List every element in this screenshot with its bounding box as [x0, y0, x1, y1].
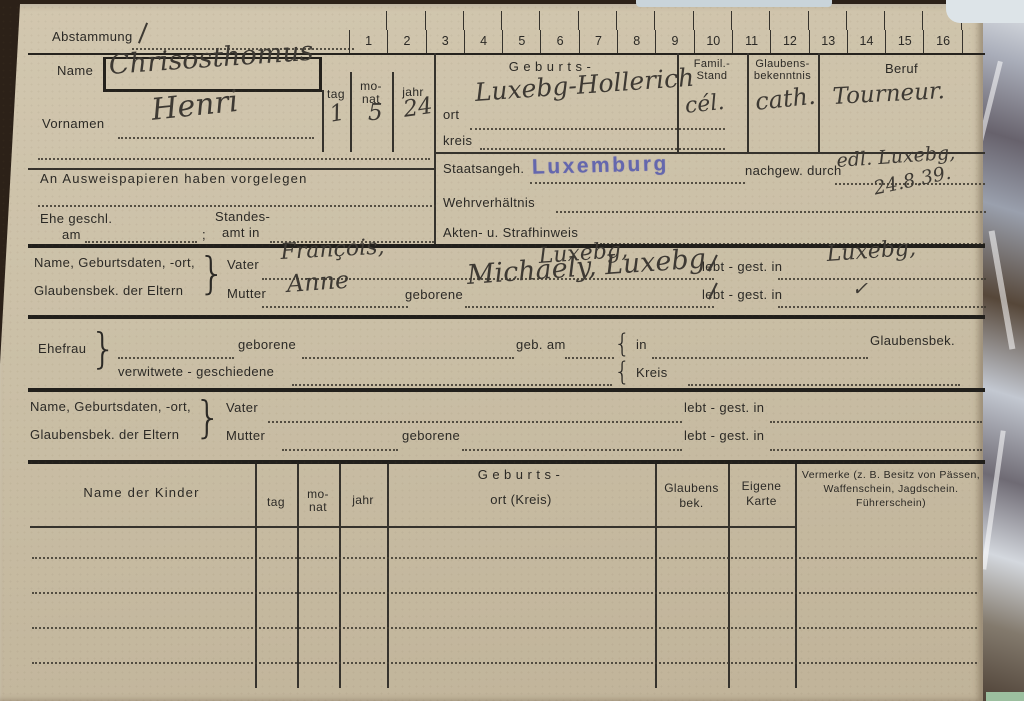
children-monat-col-header-2: nat: [297, 501, 339, 514]
photo-background: Abstammung 1 2 3 4 5 6 7 8 9 10 11 12 13…: [0, 0, 1024, 701]
index-number: 11: [733, 30, 771, 53]
children-ort-kreis-header: ort (Kreis): [387, 493, 655, 507]
lebt-gest-label-4: lebt - gest. in: [684, 429, 764, 443]
parents2-label-1: Name, Geburtsdaten, -ort,: [30, 400, 191, 414]
dotted-line: [118, 125, 314, 139]
dotted-line: [268, 409, 682, 423]
dotted-line: [480, 136, 725, 150]
vermerke-header-line-3: Führerschein): [800, 498, 982, 510]
ehefrau-brace: }: [90, 326, 117, 372]
kreis-label: kreis: [443, 134, 472, 148]
index-number: 12: [771, 30, 809, 53]
card-content: Abstammung 1 2 3 4 5 6 7 8 9 10 11 12 13…: [12, 4, 983, 701]
dotted-line: [462, 437, 682, 451]
ehefrau-geborene-label: geborene: [238, 338, 296, 352]
children-eigene-header-2: Karte: [728, 495, 795, 508]
index-ticks: [349, 11, 962, 30]
tick: [770, 11, 808, 30]
dotted-line: [530, 170, 745, 184]
jahr-value-handwritten: 24: [402, 95, 434, 122]
tick: [349, 11, 387, 30]
tick: [579, 11, 617, 30]
vermerke-header-line-2: Waffenschein, Jagdschein.: [800, 484, 982, 496]
glaubensbek-label: Glaubensbek.: [870, 334, 955, 348]
nachgew-date-handwritten: 24.8.39.: [872, 164, 953, 199]
dotted-line: [282, 437, 398, 451]
dotted-line: [565, 345, 614, 359]
mutter-name-handwritten: Anne: [286, 268, 350, 296]
glaubens-value-handwritten: cath.: [754, 84, 817, 114]
vater-lebt-place-handwritten: Luxebg,: [826, 238, 917, 266]
table-row-line: [32, 615, 977, 629]
index-number: 16: [924, 30, 962, 53]
beruf-value-handwritten: Tourneur.: [832, 80, 945, 109]
mutter-lebt-mark-handwritten: ✓: [852, 280, 868, 299]
tick: [464, 11, 502, 30]
dotted-line: [778, 266, 986, 280]
index-number: 8: [618, 30, 656, 53]
tick: [885, 11, 923, 30]
table-header-underline: [30, 526, 795, 528]
dotted-line: [652, 345, 868, 359]
dotted-line: [778, 294, 986, 308]
ort-label: ort: [443, 108, 459, 122]
tick: [732, 11, 770, 30]
index-number: 6: [541, 30, 579, 53]
ehe-geschl-label: Ehe geschl.: [40, 212, 112, 226]
dotted-line: [292, 372, 612, 386]
dotted-line: [302, 345, 514, 359]
tick: [502, 11, 540, 30]
index-number: 9: [656, 30, 694, 53]
dotted-line: [770, 409, 982, 423]
vermerke-header-line-1: Vermerke (z. B. Besitz von Pässen,: [800, 470, 982, 482]
geb-am-label: geb. am: [516, 338, 566, 352]
tick: [694, 11, 732, 30]
index-number-row: 1 2 3 4 5 6 7 8 9 10 11 12 13 14 15 16: [349, 30, 963, 53]
children-tag-col-header: tag: [255, 496, 297, 509]
children-name-col-header: Name der Kinder: [28, 486, 255, 500]
tick: [809, 11, 847, 30]
table-row-line: [32, 545, 977, 559]
dotted-line: [688, 372, 960, 386]
standesamt-label-2: amt in: [222, 226, 260, 240]
dotted-line: [38, 146, 430, 160]
familstand-label-2: Stand: [677, 70, 747, 82]
dotted-line: [262, 294, 408, 308]
index-number: 3: [427, 30, 465, 53]
index-number: 5: [503, 30, 541, 53]
index-number: 10: [695, 30, 733, 53]
table-row-line: [32, 650, 977, 664]
tick: [540, 11, 578, 30]
vater2-label: Vater: [226, 401, 258, 415]
dotted-line: [770, 437, 982, 451]
index-number: 15: [886, 30, 924, 53]
name-label: Name: [57, 64, 93, 78]
parents1-brace: }: [198, 250, 226, 298]
tag-label: tag: [322, 88, 350, 101]
section-rule: [28, 388, 985, 392]
vater-name-handwritten: François,: [280, 237, 385, 264]
ehefrau-left-brace-1: {: [614, 330, 631, 359]
background-light-patch: [636, 0, 832, 7]
tick: [387, 11, 425, 30]
parents2-brace: }: [194, 394, 222, 442]
am-label: am: [62, 228, 81, 242]
ehefrau-left-brace-2: {: [614, 358, 631, 387]
dotted-line: [85, 229, 197, 243]
tick: [426, 11, 464, 30]
beruf-label: Beruf: [818, 62, 985, 76]
tick: [617, 11, 655, 30]
dotted-line: [38, 193, 436, 207]
familstand-value-handwritten: cél.: [684, 92, 725, 118]
verwitwete-label: verwitwete - geschiedene: [118, 365, 274, 379]
lebt-gest-label-3: lebt - gest. in: [684, 401, 764, 415]
index-number: 13: [810, 30, 848, 53]
index-number: 14: [848, 30, 886, 53]
geborene-label-2: geborene: [402, 429, 460, 443]
parents1-label-1: Name, Geburtsdaten, -ort,: [34, 256, 195, 270]
index-number: 7: [580, 30, 618, 53]
mutter-maiden-handwritten: Michaely, Luxebg,: [466, 245, 715, 289]
plastic-highlight: [989, 230, 1016, 349]
dotted-line: [600, 231, 985, 245]
dotted-line: [118, 345, 234, 359]
background-light-patch: [946, 0, 1024, 23]
wehrverhaeltnis-label: Wehrverhältnis: [443, 196, 535, 210]
index-number: 2: [388, 30, 426, 53]
separator-semicolon: ;: [202, 228, 206, 242]
standesamt-label-1: Standes-: [215, 210, 270, 224]
plastic-highlight: [981, 430, 1005, 569]
vornamen-value-handwritten: Henri: [150, 87, 240, 126]
background-green-sliver: [986, 692, 1024, 701]
children-jahr-col-header: jahr: [339, 494, 387, 507]
children-geburts-header: Geburts-: [387, 468, 655, 482]
monat-value-handwritten: 5: [368, 102, 383, 125]
tag-value-handwritten: 1: [328, 101, 346, 126]
nachgew-label: nachgew. durch: [745, 164, 842, 178]
ehefrau-kreis-label: Kreis: [636, 366, 668, 380]
children-glaubens-header-1: Glaubens: [655, 482, 728, 495]
dotted-line: [465, 294, 714, 308]
akten-strafhinweis-label: Akten- u. Strafhinweis: [443, 226, 578, 240]
parents1-label-2: Glaubensbek. der Eltern: [34, 284, 183, 298]
vater-label: Vater: [227, 258, 259, 272]
section-rule: [28, 315, 985, 319]
mutter2-label: Mutter: [226, 429, 265, 443]
dotted-line: [556, 199, 986, 213]
parents2-label-2: Glaubensbek. der Eltern: [30, 428, 179, 442]
index-number: 1: [350, 30, 388, 53]
mutter-label: Mutter: [227, 287, 266, 301]
glaubens-label-1: Glaubens-: [747, 58, 818, 70]
children-glaubens-header-2: bek.: [655, 497, 728, 510]
section-rule: [28, 460, 985, 464]
plastic-wrap: [981, 0, 1024, 701]
section-line: [28, 168, 434, 170]
geborene-label-1: geborene: [405, 288, 463, 302]
ehefrau-label: Ehefrau: [38, 342, 86, 356]
vornamen-label: Vornamen: [42, 117, 104, 131]
children-eigene-header-1: Eigene: [728, 480, 795, 493]
abstammung-label: Abstammung: [52, 30, 133, 44]
ausweispapiere-label: An Ausweispapieren haben vorgelegen: [40, 172, 308, 186]
registration-card: Abstammung 1 2 3 4 5 6 7 8 9 10 11 12 13…: [0, 4, 983, 701]
column-divider: [434, 53, 436, 246]
table-row-line: [32, 580, 977, 594]
glaubens-label-2: bekenntnis: [747, 70, 818, 82]
familstand-label-1: Famil.-: [677, 58, 747, 70]
tick: [847, 11, 885, 30]
column-divider: [392, 72, 394, 152]
staatsangeh-label: Staatsangeh.: [443, 162, 524, 176]
index-number: 4: [465, 30, 503, 53]
in-label: in: [636, 338, 647, 352]
tick: [655, 11, 693, 30]
